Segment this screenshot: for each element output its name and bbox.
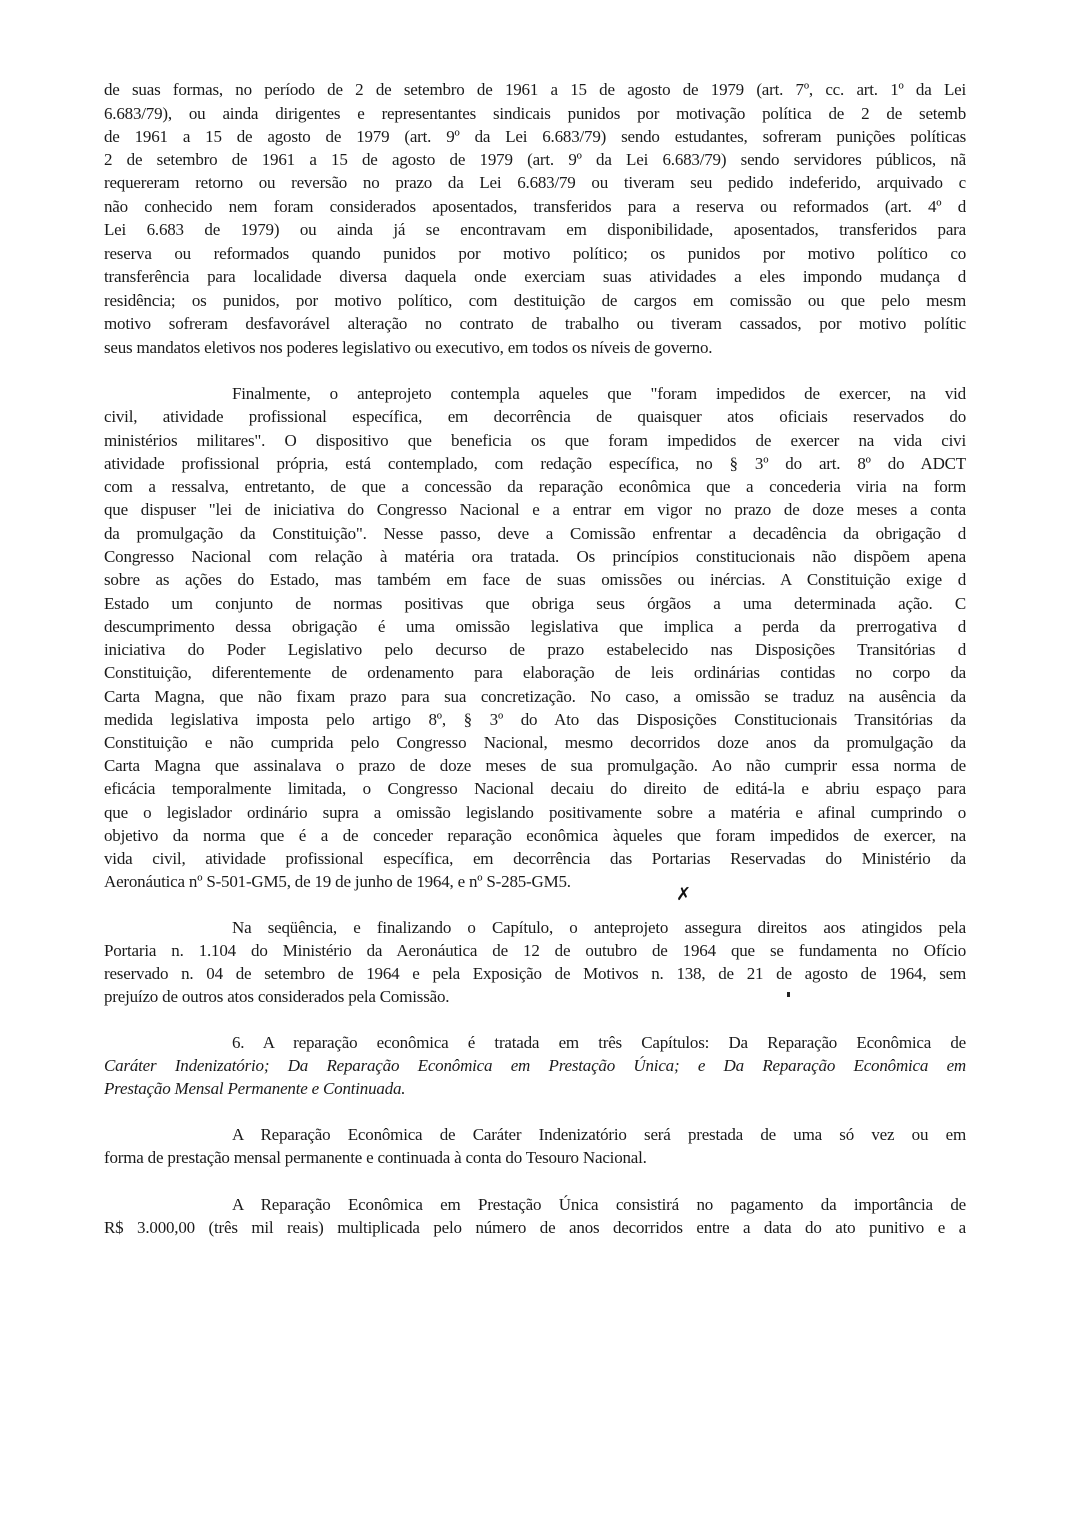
text-line: descumprimento dessa obrigação é uma omi…	[104, 617, 966, 637]
text-line: sobre as ações do Estado, mas também em …	[104, 570, 966, 590]
text-line: Estado um conjunto de normas positivas q…	[104, 594, 966, 614]
text-line: medida legislativa imposta pelo artigo 8…	[104, 710, 966, 730]
text-line: motivo sofreram desfavorável alteração n…	[104, 314, 966, 334]
text-line: objetivo da norma que é a de conceder re…	[104, 826, 966, 846]
text-line: de 1961 a 15 de agosto de 1979 (art. 9º …	[104, 127, 966, 147]
text-line: Na seqüência, e finalizando o Capítulo, …	[232, 918, 966, 938]
text-line: não conhecido nem foram considerados apo…	[104, 197, 966, 217]
text-line: vida civil, atividade profissional espec…	[104, 849, 966, 869]
scanned-document-page: de suas formas, no período de 2 de setem…	[0, 0, 1081, 1529]
text-line: forma de prestação mensal permanente e c…	[104, 1148, 966, 1168]
text-line: Constituição, diferentemente de ordename…	[104, 663, 966, 683]
text-line: Constituição e não cumprida pelo Congres…	[104, 733, 966, 753]
text-line: Carta Magna que assinalava o prazo de do…	[104, 756, 966, 776]
text-line: seus mandatos eletivos nos poderes legis…	[104, 338, 966, 358]
text-line: transferência para localidade diversa da…	[104, 267, 966, 287]
text-line: A Reparação Econômica de Caráter Indeniz…	[232, 1125, 966, 1145]
text-line: R$ 3.000,00 (três mil reais) multiplicad…	[104, 1218, 966, 1238]
text-line: reserva ou reformados quando punidos por…	[104, 244, 966, 264]
text-line: de suas formas, no período de 2 de setem…	[104, 80, 966, 100]
text-line: atividade profissional própria, está con…	[104, 454, 966, 474]
text-line: Portaria n. 1.104 do Ministério da Aeron…	[104, 941, 966, 961]
text-line: 6. A reparação econômica é tratada em tr…	[232, 1033, 966, 1053]
text-line: Aeronáutica nº S-501-GM5, de 19 de junho…	[104, 872, 966, 892]
text-line: Lei 6.683 de 1979) ou ainda já se encont…	[104, 220, 966, 240]
text-line: que o legislador ordinário supra a omiss…	[104, 803, 966, 823]
text-line: civil, atividade profissional específica…	[104, 407, 966, 427]
text-line: 2 de setembro de 1961 a 15 de agosto de …	[104, 150, 966, 170]
text-line: Prestação Mensal Permanente e Continuada…	[104, 1079, 966, 1099]
text-line: Carta Magna, que não fixam prazo para su…	[104, 687, 966, 707]
text-line: com a ressalva, entretanto, de que a con…	[104, 477, 966, 497]
text-line: residência; os punidos, por motivo polít…	[104, 291, 966, 311]
text-line: iniciativa do Poder Legislativo pelo dec…	[104, 640, 966, 660]
text-line: prejuízo de outros atos considerados pel…	[104, 987, 966, 1007]
text-line: A Reparação Econômica em Prestação Única…	[232, 1195, 966, 1215]
text-line: ministérios militares". O dispositivo qu…	[104, 431, 966, 451]
text-line: Caráter Indenizatório; Da Reparação Econ…	[104, 1056, 966, 1076]
handwritten-mark-icon: ✗	[676, 884, 691, 905]
text-line: Congresso Nacional com relação à matéria…	[104, 547, 966, 567]
text-line: Finalmente, o anteprojeto contempla aque…	[232, 384, 966, 404]
text-line: 6.683/79), ou ainda dirigentes e represe…	[104, 104, 966, 124]
text-line: reservado n. 04 de setembro de 1964 e pe…	[104, 964, 966, 984]
text-line: que dispuser "lei de iniciativa do Congr…	[104, 500, 966, 520]
text-line: da promulgação da Constituição". Nesse p…	[104, 524, 966, 544]
text-line: eficácia temporalmente limitada, o Congr…	[104, 779, 966, 799]
scan-speck	[787, 992, 790, 997]
text-line: requereram retorno ou reversão no prazo …	[104, 173, 966, 193]
